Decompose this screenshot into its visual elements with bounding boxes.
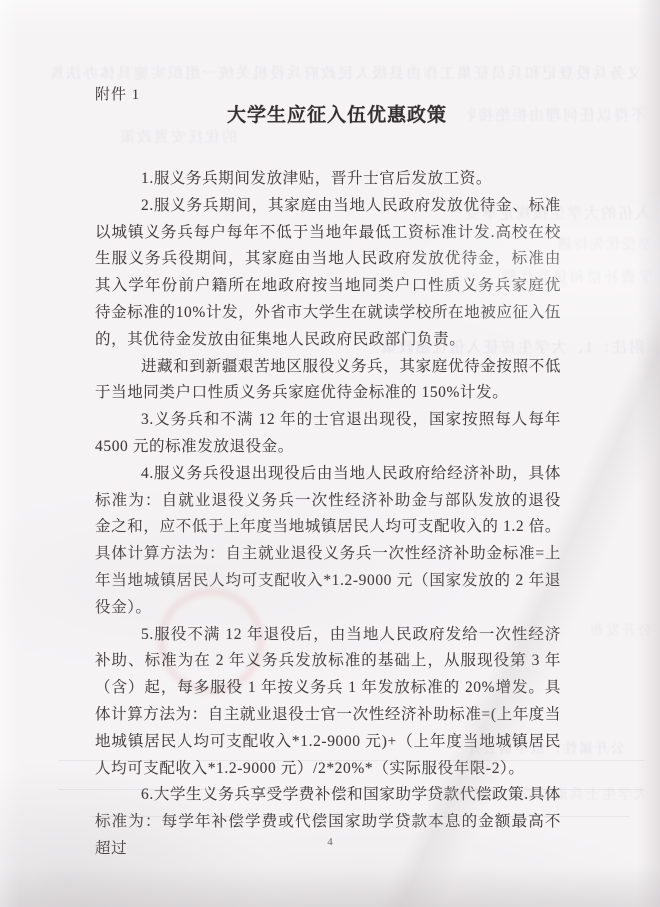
paragraph: 2.服义务兵期间，其家庭由当地人民政府发放优待金、标准以城镇义务兵每户每年不低于… <box>95 193 561 354</box>
paragraph: 3.义务兵和不满 12 年的士官退出现役，国家按照每人每年 4500 元的标准发… <box>95 407 561 461</box>
paragraph: 进藏和到新疆艰苦地区服役义务兵，其家庭优待金按照不低于当地同类户口性质义务兵家庭… <box>95 354 561 408</box>
paragraph: 5.服役不满 12 年退役后，由当地人民政府发给一次性经济补助、标准为在 2 年… <box>95 622 561 783</box>
paragraph: 1.服义务兵期间发放津贴，晋升士官后发放工资。 <box>95 166 561 193</box>
scanned-document-page: 义务兵役登记和兵员征集工作由县级人民政府兵役机关统一组织实施具体办法规定不得以任… <box>0 0 660 907</box>
bleed-through-text: 义务兵役登记和兵员征集工作由县级人民政府兵役机关统一组织实施具体办法规定 <box>52 62 642 83</box>
document-title: 大学生应征入伍优惠政策 <box>95 100 561 127</box>
page-number: 4 <box>0 836 660 848</box>
bleed-through-text: 享受优先待遇 <box>552 234 652 254</box>
bleed-through-text: 公开发布 <box>588 620 652 640</box>
paragraph: 4.服义务兵役退出现役后由当地人民政府给经济补助，具体标准为：自就业退役义务兵一… <box>95 461 561 622</box>
bleed-through-text: 的优抚安置政策 <box>52 126 237 147</box>
paragraph: 6.大学生义务兵享受学费补偿和国家助学贷款代偿政策.具体标准为：每学年补偿学费或… <box>95 782 561 862</box>
document-body: 1.服义务兵期间发放津贴，晋升士官后发放工资。2.服义务兵期间，其家庭由当地人民… <box>95 166 561 863</box>
